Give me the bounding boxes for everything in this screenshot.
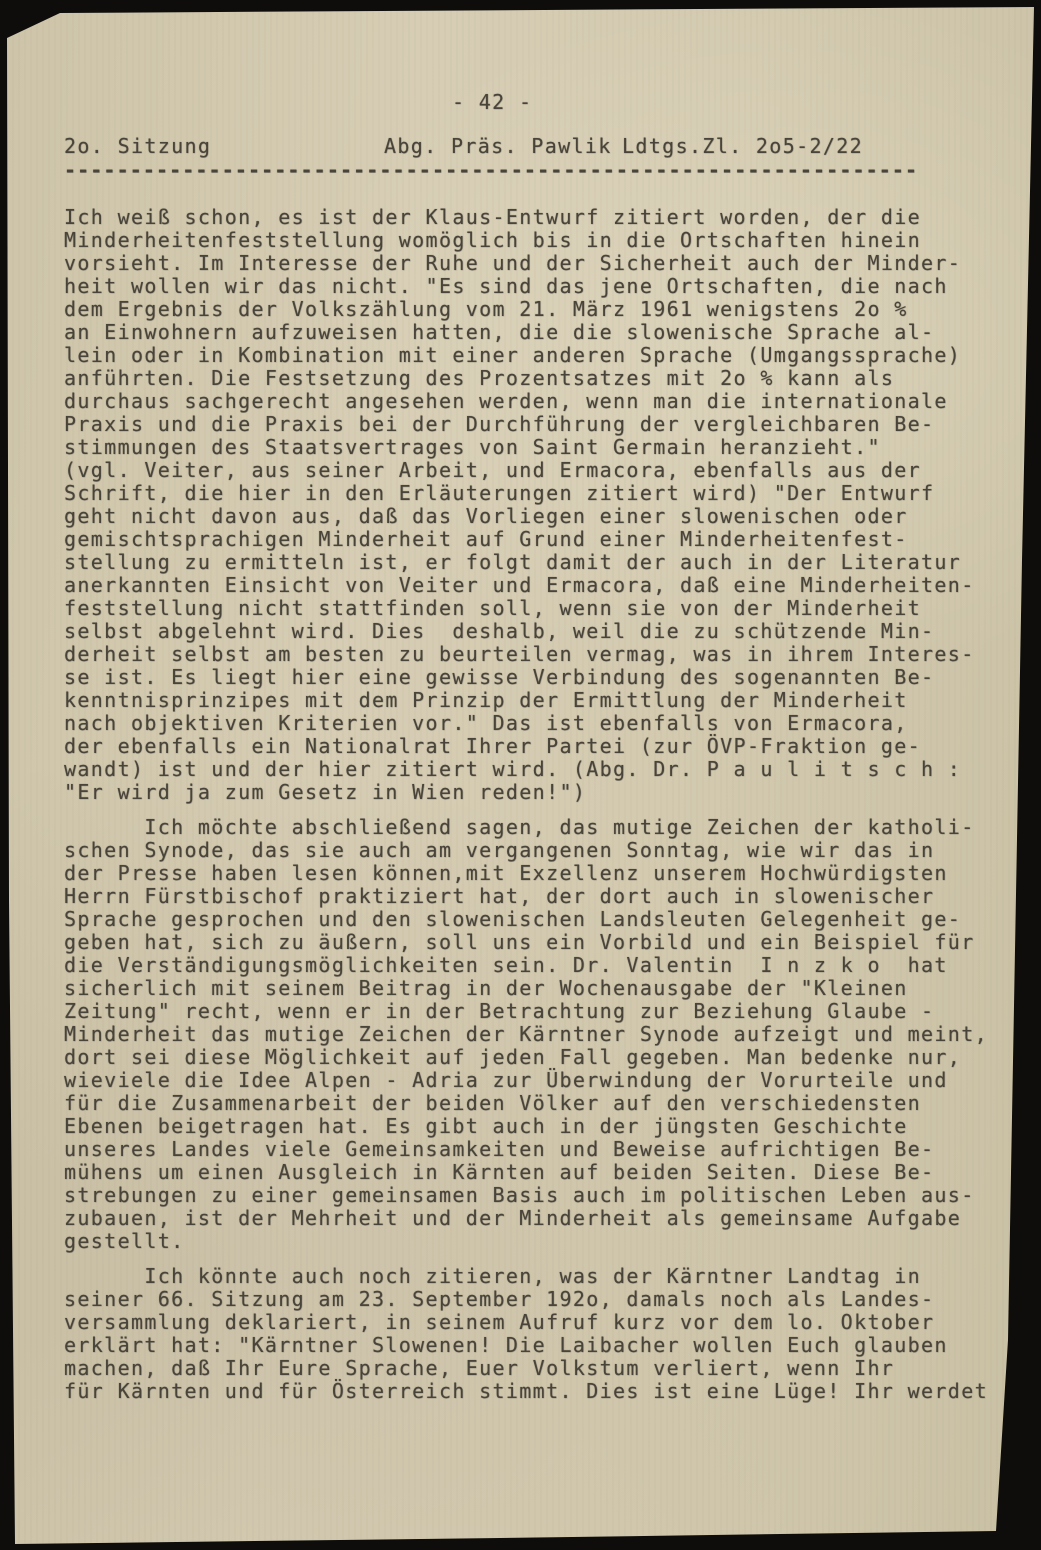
- text-line: der Presse haben lesen können,mit Exzell…: [64, 862, 1024, 885]
- text-line: Ich weiß schon, es ist der Klaus-Entwurf…: [64, 206, 1024, 229]
- text-line: geht nicht davon aus, daß das Vorliegen …: [64, 505, 1024, 528]
- text-line: Praxis und die Praxis bei der Durchführu…: [64, 413, 1024, 436]
- text-line: versammlung deklariert, in seinem Aufruf…: [64, 1311, 1024, 1334]
- text-line: Minderheit das mutige Zeichen der Kärntn…: [64, 1023, 1024, 1046]
- text-line: erklärt hat: "Kärntner Slowenen! Die Lai…: [64, 1334, 1024, 1357]
- text-line: "Er wird ja zum Gesetz in Wien reden!"): [64, 781, 1024, 804]
- text-line: gemischtsprachigen Minderheit auf Grund …: [64, 528, 1024, 551]
- header-speaker-name: Abg. Präs. Pawlik: [384, 134, 612, 158]
- paper-sheet: - 42 - 2o. Sitzung Abg. Präs. Pawlik Ldt…: [0, 0, 1041, 1550]
- text-line: an Einwohnern aufzuweisen hatten, die di…: [64, 321, 1024, 344]
- text-line: Zeitung" recht, wenn er in der Betrachtu…: [64, 1000, 1024, 1023]
- text-line: Minderheitenfeststellung womöglich bis i…: [64, 229, 1024, 252]
- text-line: anführten. Die Festsetzung des Prozentsa…: [64, 367, 1024, 390]
- text-line: kenntnisprinzipes mit dem Prinzip der Er…: [64, 689, 1024, 712]
- text-line: gestellt.: [64, 1230, 1024, 1253]
- text-line: Herrn Fürstbischof praktiziert hat, der …: [64, 885, 1024, 908]
- text-line: dort sei diese Möglichkeit auf jeden Fal…: [64, 1046, 1024, 1069]
- text-line: für die Zusammenarbeit der beiden Völker…: [64, 1092, 1024, 1115]
- text-line: für Kärnten und für Österreich stimmt. D…: [64, 1380, 1024, 1403]
- text-line: vorsieht. Im Interesse der Ruhe und der …: [64, 252, 1024, 275]
- text-line: stellung zu ermitteln ist, er folgt dami…: [64, 551, 1024, 574]
- text-line: wieviele die Idee Alpen - Adria zur Über…: [64, 1069, 1024, 1092]
- text-line: stimmungen des Staatsvertrages von Saint…: [64, 436, 1024, 459]
- text-line: der ebenfalls ein Nationalrat Ihrer Part…: [64, 735, 1024, 758]
- text-line: dem Ergebnis der Volkszählung vom 21. Mä…: [64, 298, 1024, 321]
- page-number: - 42 -: [452, 90, 532, 114]
- text-line: seiner 66. Sitzung am 23. September 192o…: [64, 1288, 1024, 1311]
- text-line: unseres Landes viele Gemeinsamkeiten und…: [64, 1138, 1024, 1161]
- text-line: die Verständigungsmöglichkeiten sein. Dr…: [64, 954, 1024, 977]
- header-session-number: 2o. Sitzung: [64, 134, 211, 158]
- paragraph: Ich könnte auch noch zitieren, was der K…: [64, 1265, 1024, 1403]
- text-line: selbst abgelehnt wird. Dies deshalb, wei…: [64, 620, 1024, 643]
- page-header: 2o. Sitzung Abg. Präs. Pawlik Ldtgs.Zl. …: [64, 134, 1014, 158]
- text-line: anerkannten Einsicht von Veiter und Erma…: [64, 574, 1024, 597]
- text-line: lein oder in Kombination mit einer ander…: [64, 344, 1024, 367]
- text-line: Ich könnte auch noch zitieren, was der K…: [64, 1265, 1024, 1288]
- text-line: Schrift, die hier in den Erläuterungen z…: [64, 482, 1024, 505]
- text-line: sicherlich mit seinem Beitrag in der Woc…: [64, 977, 1024, 1000]
- paragraph: Ich weiß schon, es ist der Klaus-Entwurf…: [64, 206, 1024, 804]
- text-line: durchaus sachgerecht angesehen werden, w…: [64, 390, 1024, 413]
- document-body: Ich weiß schon, es ist der Klaus-Entwurf…: [64, 206, 1024, 1403]
- text-line: (vgl. Veiter, aus seiner Arbeit, und Erm…: [64, 459, 1024, 482]
- text-line: zubauen, ist der Mehrheit und der Minder…: [64, 1207, 1024, 1230]
- text-line: schen Synode, das sie auch am vergangene…: [64, 839, 1024, 862]
- text-line: wandt) ist und der hier zitiert wird. (A…: [64, 758, 1024, 781]
- header-document-reference: Ldtgs.Zl. 2o5-2/22: [622, 134, 863, 158]
- text-line: Sprache gesprochen und den slowenischen …: [64, 908, 1024, 931]
- text-line: Ich möchte abschließend sagen, das mutig…: [64, 816, 1024, 839]
- header-divider-line: ----------------------------------------…: [64, 158, 918, 182]
- text-line: feststellung nicht stattfinden soll, wen…: [64, 597, 1024, 620]
- text-line: machen, daß Ihr Eure Sprache, Euer Volks…: [64, 1357, 1024, 1380]
- text-line: geben hat, sich zu äußern, soll uns ein …: [64, 931, 1024, 954]
- text-line: nach objektiven Kriterien vor." Das ist …: [64, 712, 1024, 735]
- text-line: Ebenen beigetragen hat. Es gibt auch in …: [64, 1115, 1024, 1138]
- text-line: strebungen zu einer gemeinsamen Basis au…: [64, 1184, 1024, 1207]
- text-line: se ist. Es liegt hier eine gewisse Verbi…: [64, 666, 1024, 689]
- text-line: heit wollen wir das nicht. "Es sind das …: [64, 275, 1024, 298]
- paragraph: Ich möchte abschließend sagen, das mutig…: [64, 816, 1024, 1253]
- text-line: derheit selbst am besten zu beurteilen v…: [64, 643, 1024, 666]
- text-line: mühens um einen Ausgleich in Kärnten auf…: [64, 1161, 1024, 1184]
